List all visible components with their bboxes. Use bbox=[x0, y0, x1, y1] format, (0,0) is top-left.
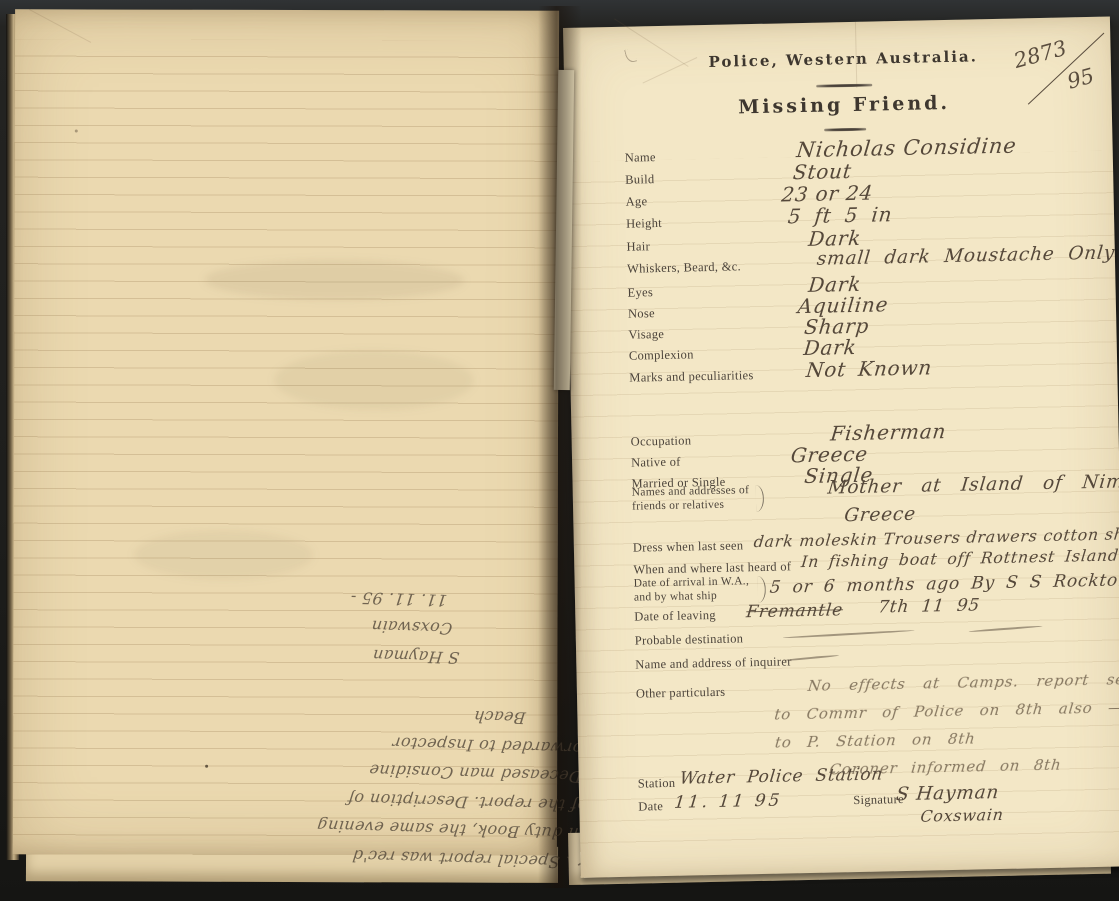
field-value: Not Known bbox=[805, 355, 933, 382]
field-value-date: 7th 11 95 bbox=[877, 595, 981, 617]
field-label: Height bbox=[626, 216, 662, 231]
field-label: Dress when last seen bbox=[633, 538, 744, 554]
date-label: Date bbox=[638, 799, 663, 814]
document-page-left: A Special report was rec'd in duty Book,… bbox=[13, 9, 559, 855]
photograph-background: A Special report was rec'd in duty Book,… bbox=[0, 0, 1119, 901]
pencil-note-line: to Commr of Police on 8th also — bbox=[774, 698, 1119, 723]
note-date: 11. 11. 95 - bbox=[333, 582, 448, 614]
blank-dash bbox=[783, 629, 915, 638]
ink-speck bbox=[75, 129, 78, 132]
field-label: Eyes bbox=[627, 285, 653, 300]
field-label: Build bbox=[625, 172, 655, 187]
field-value: 5 ft 5 in bbox=[787, 202, 894, 228]
field-label: Hair bbox=[626, 239, 650, 253]
note-signature: S Hayman bbox=[332, 639, 461, 671]
paper-crease bbox=[29, 9, 91, 43]
date-value: 11. 11 95 bbox=[673, 791, 783, 813]
field-label: Native of bbox=[631, 455, 681, 470]
pencil-note-line: to P. Station on 8th bbox=[774, 729, 976, 751]
signature-name: S Hayman bbox=[895, 782, 1000, 805]
handwritten-note-rotated: A Special report was rec'd in duty Book,… bbox=[327, 579, 594, 877]
field-label: Names and addresses of friends or relati… bbox=[632, 484, 753, 514]
blank-dash bbox=[969, 625, 1043, 632]
field-value-line2: Greece bbox=[843, 504, 917, 527]
file-number-bottom: 95 bbox=[1065, 64, 1097, 94]
field-label: Date of arrival in W.A., and by what shi… bbox=[634, 575, 755, 605]
field-label: Probable destination bbox=[635, 631, 744, 647]
signature-rank: Coxswain bbox=[920, 805, 1005, 826]
ink-showthrough bbox=[134, 530, 314, 580]
field-label: Visage bbox=[628, 327, 664, 342]
station-value: Water Police Station bbox=[679, 764, 884, 788]
field-label: Name bbox=[625, 150, 656, 165]
field-value: Fremantle bbox=[745, 600, 844, 622]
document-page-right: Police, Western Australia. Missing Frien… bbox=[563, 17, 1119, 878]
field-label: Nose bbox=[628, 306, 655, 321]
station-label: Station bbox=[638, 776, 676, 791]
ornamental-rule bbox=[824, 128, 866, 131]
field-label: Date of leaving bbox=[634, 608, 716, 624]
field-label: Complexion bbox=[629, 347, 694, 362]
ink-speck bbox=[205, 765, 208, 768]
field-label: Name and address of inquirer bbox=[635, 654, 792, 671]
file-number-top: 2873 bbox=[1011, 36, 1069, 73]
field-label: Marks and peculiarities bbox=[629, 368, 754, 385]
note-rank: Coxswain bbox=[333, 611, 454, 643]
ink-showthrough bbox=[274, 350, 474, 411]
field-value: Nicholas Considine bbox=[795, 133, 1017, 162]
ornamental-rule bbox=[816, 84, 872, 88]
field-label: Whiskers, Beard, &c. bbox=[627, 259, 741, 275]
blank-dash bbox=[783, 654, 839, 661]
field-label: Occupation bbox=[631, 433, 692, 448]
field-label: Other particulars bbox=[636, 685, 726, 701]
field-label: Age bbox=[626, 194, 648, 208]
